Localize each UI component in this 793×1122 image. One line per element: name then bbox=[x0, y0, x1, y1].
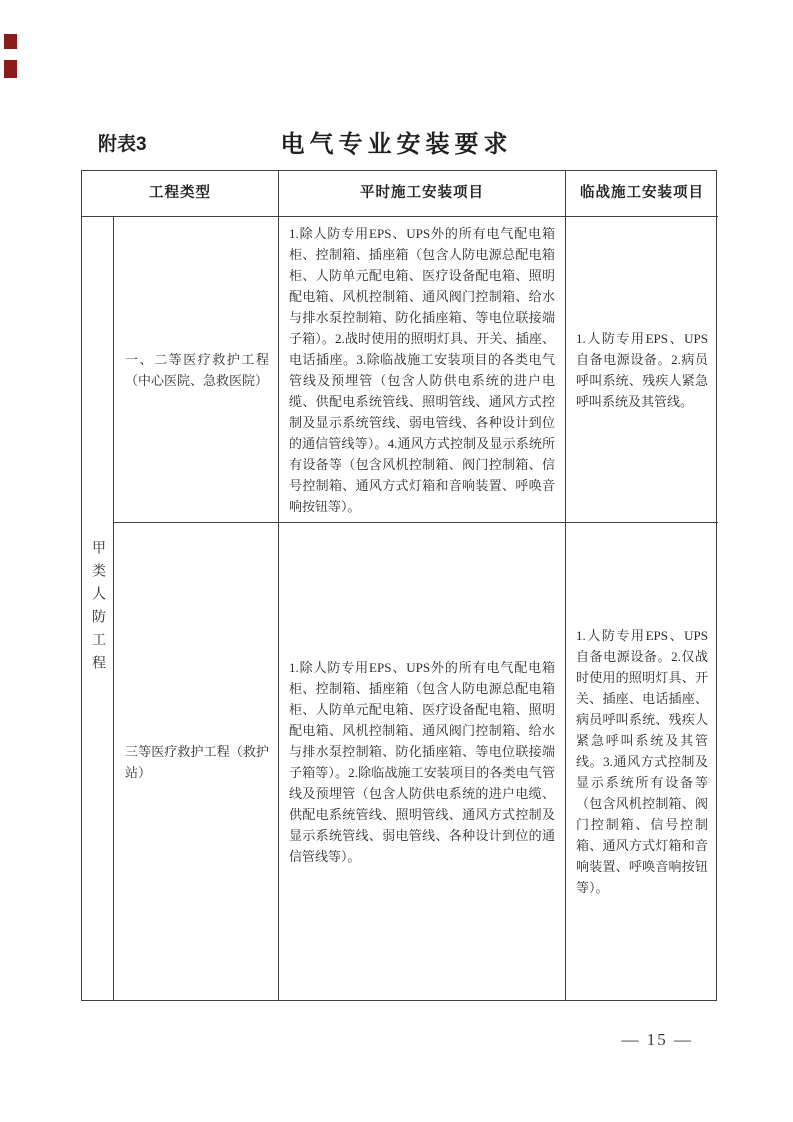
category-cell: 甲类人防工程 bbox=[82, 217, 114, 1000]
appendix-label: 附表3 bbox=[98, 129, 147, 156]
column-header-peacetime: 平时施工安装项目 bbox=[279, 171, 566, 217]
row2-project-type: 三等医疗救护工程（救护站） bbox=[114, 523, 279, 1000]
row2-wartime-cell: 1.人防专用EPS、UPS自备电源设备。2.仅战时使用的照明灯具、开关、插座、电… bbox=[566, 523, 718, 1000]
row2-peacetime-cell: 1.除人防专用EPS、UPS外的所有电气配电箱柜、控制箱、插座箱（包含人防电源总… bbox=[279, 523, 566, 1000]
column-header-project-type: 工程类型 bbox=[82, 171, 279, 217]
red-stamp-mark-top bbox=[4, 34, 17, 49]
requirements-table: 工程类型 平时施工安装项目 临战施工安装项目 甲类人防工程 一、二等医疗救护工程… bbox=[81, 170, 717, 1001]
row1-project-type: 一、二等医疗救护工程（中心医院、急救医院） bbox=[114, 217, 279, 523]
row1-wartime-text: 1.人防专用EPS、UPS自备电源设备。2.病员呼叫系统、残疾人紧急呼叫系统及其… bbox=[576, 328, 708, 412]
category-vertical-label: 甲类人防工程 bbox=[87, 540, 108, 678]
row1-peacetime-text: 1.除人防专用EPS、UPS外的所有电气配电箱柜、控制箱、插座箱（包含人防电源总… bbox=[289, 223, 555, 517]
page-title: 电气专业安装要求 bbox=[281, 124, 513, 159]
row2-peacetime-text: 1.除人防专用EPS、UPS外的所有电气配电箱柜、控制箱、插座箱（包含人防电源总… bbox=[289, 657, 555, 867]
page-number: — 15 — bbox=[622, 1030, 694, 1050]
document-page: 附表3 电气专业安装要求 工程类型 平时施工安装项目 临战施工安装项目 甲类人防… bbox=[0, 0, 793, 1122]
column-header-wartime: 临战施工安装项目 bbox=[566, 171, 718, 217]
row1-peacetime-cell: 1.除人防专用EPS、UPS外的所有电气配电箱柜、控制箱、插座箱（包含人防电源总… bbox=[279, 217, 566, 523]
red-stamp-mark-bottom bbox=[4, 60, 17, 78]
row1-wartime-cell: 1.人防专用EPS、UPS自备电源设备。2.病员呼叫系统、残疾人紧急呼叫系统及其… bbox=[566, 217, 718, 523]
row2-wartime-text: 1.人防专用EPS、UPS自备电源设备。2.仅战时使用的照明灯具、开关、插座、电… bbox=[576, 625, 708, 898]
